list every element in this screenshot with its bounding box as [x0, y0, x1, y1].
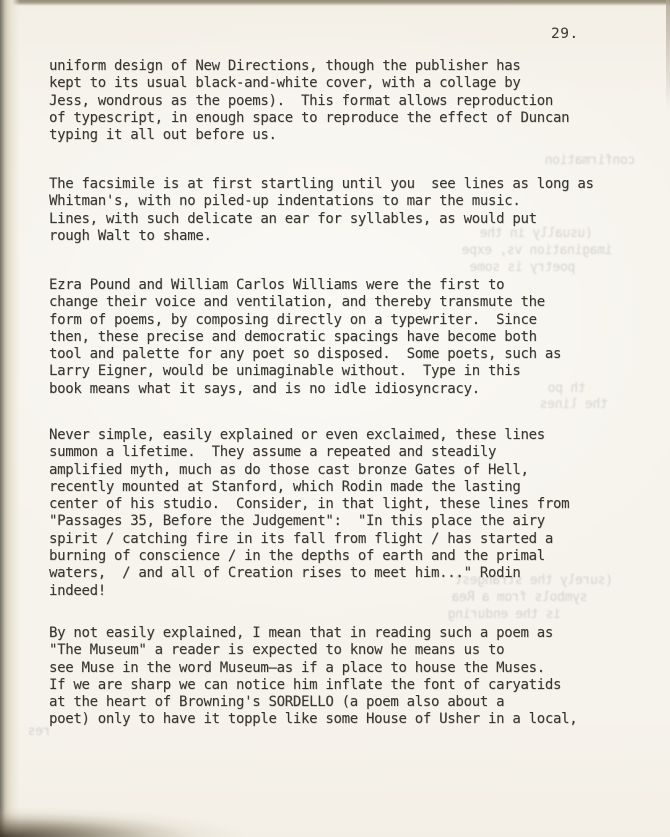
- text-line: tool and palette for any poet so dispose…: [49, 346, 639, 363]
- text-line: "The Museum" a reader is expected to kno…: [49, 642, 639, 659]
- text-line: rough Walt to shame.: [49, 228, 639, 245]
- text-line: "Passages 35, Before the Judgement": "In…: [49, 513, 639, 530]
- text-line: Whitman's, with no piled-up indentations…: [49, 193, 639, 210]
- paragraph: Ezra Pound and William Carlos Williams w…: [49, 277, 639, 398]
- text-line: poet) only to have it topple like some H…: [49, 711, 639, 728]
- text-line: typing it all out before us.: [49, 127, 639, 144]
- text-line: center of his studio. Consider, in that …: [49, 496, 639, 513]
- text-line: then, these precise and democratic spaci…: [49, 329, 639, 346]
- page-right-edge: [666, 0, 670, 110]
- text-line: Never simple, easily explained or even e…: [49, 427, 639, 444]
- paragraph: Never simple, easily explained or even e…: [49, 427, 639, 600]
- text-line: book means what it says, and is no idle …: [49, 381, 639, 398]
- text-line: Ezra Pound and William Carlos Williams w…: [49, 277, 639, 294]
- text-line: uniform design of New Directions, though…: [49, 58, 639, 75]
- text-line: kept to its usual black-and-white cover,…: [49, 75, 639, 92]
- text-line: Lines, with such delicate an ear for syl…: [49, 211, 639, 228]
- text-line: indeed!: [49, 583, 639, 600]
- text-line: see Muse in the word Museum—as if a plac…: [49, 660, 639, 677]
- scanned-page: confirmation(usually in theimagination v…: [0, 0, 670, 837]
- text-line: Jess, wondrous as the poems). This forma…: [49, 93, 639, 110]
- text-line: change their voice and ventilation, and …: [49, 294, 639, 311]
- paragraph: By not easily explained, I mean that in …: [49, 625, 639, 729]
- page-left-edge: [0, 0, 20, 837]
- text-line: amplified myth, much as do those cast br…: [49, 462, 639, 479]
- text-line: form of poems, by composing directly on …: [49, 312, 639, 329]
- text-line: of typescript, in enough space to reprod…: [49, 110, 639, 127]
- paragraph: The facsimile is at first startling unti…: [49, 176, 639, 245]
- text-line: spirit / catching fire in its fall from …: [49, 531, 639, 548]
- text-line: summon a lifetime. They assume a repeate…: [49, 444, 639, 461]
- text-line: By not easily explained, I mean that in …: [49, 625, 639, 642]
- paragraph: uniform design of New Directions, though…: [49, 58, 639, 144]
- text-line: waters, / and all of Creation rises to m…: [49, 565, 639, 582]
- text-line: The facsimile is at first startling unti…: [49, 176, 639, 193]
- text-line: burning of conscience / in the depths of…: [49, 548, 639, 565]
- text-line: recently mounted at Stanford, which Rodi…: [49, 479, 639, 496]
- page-text: uniform design of New Directions, though…: [0, 0, 670, 837]
- page-number: 29.: [551, 26, 579, 42]
- text-line: Larry Eigner, would be unimaginable with…: [49, 363, 639, 380]
- bottom-left-corner-shadow: [0, 803, 290, 837]
- text-line: If we are sharp we can notice him inflat…: [49, 677, 639, 694]
- scan-top-edge: [0, 0, 670, 6]
- text-line: at the heart of Browning's SORDELLO (a p…: [49, 694, 639, 711]
